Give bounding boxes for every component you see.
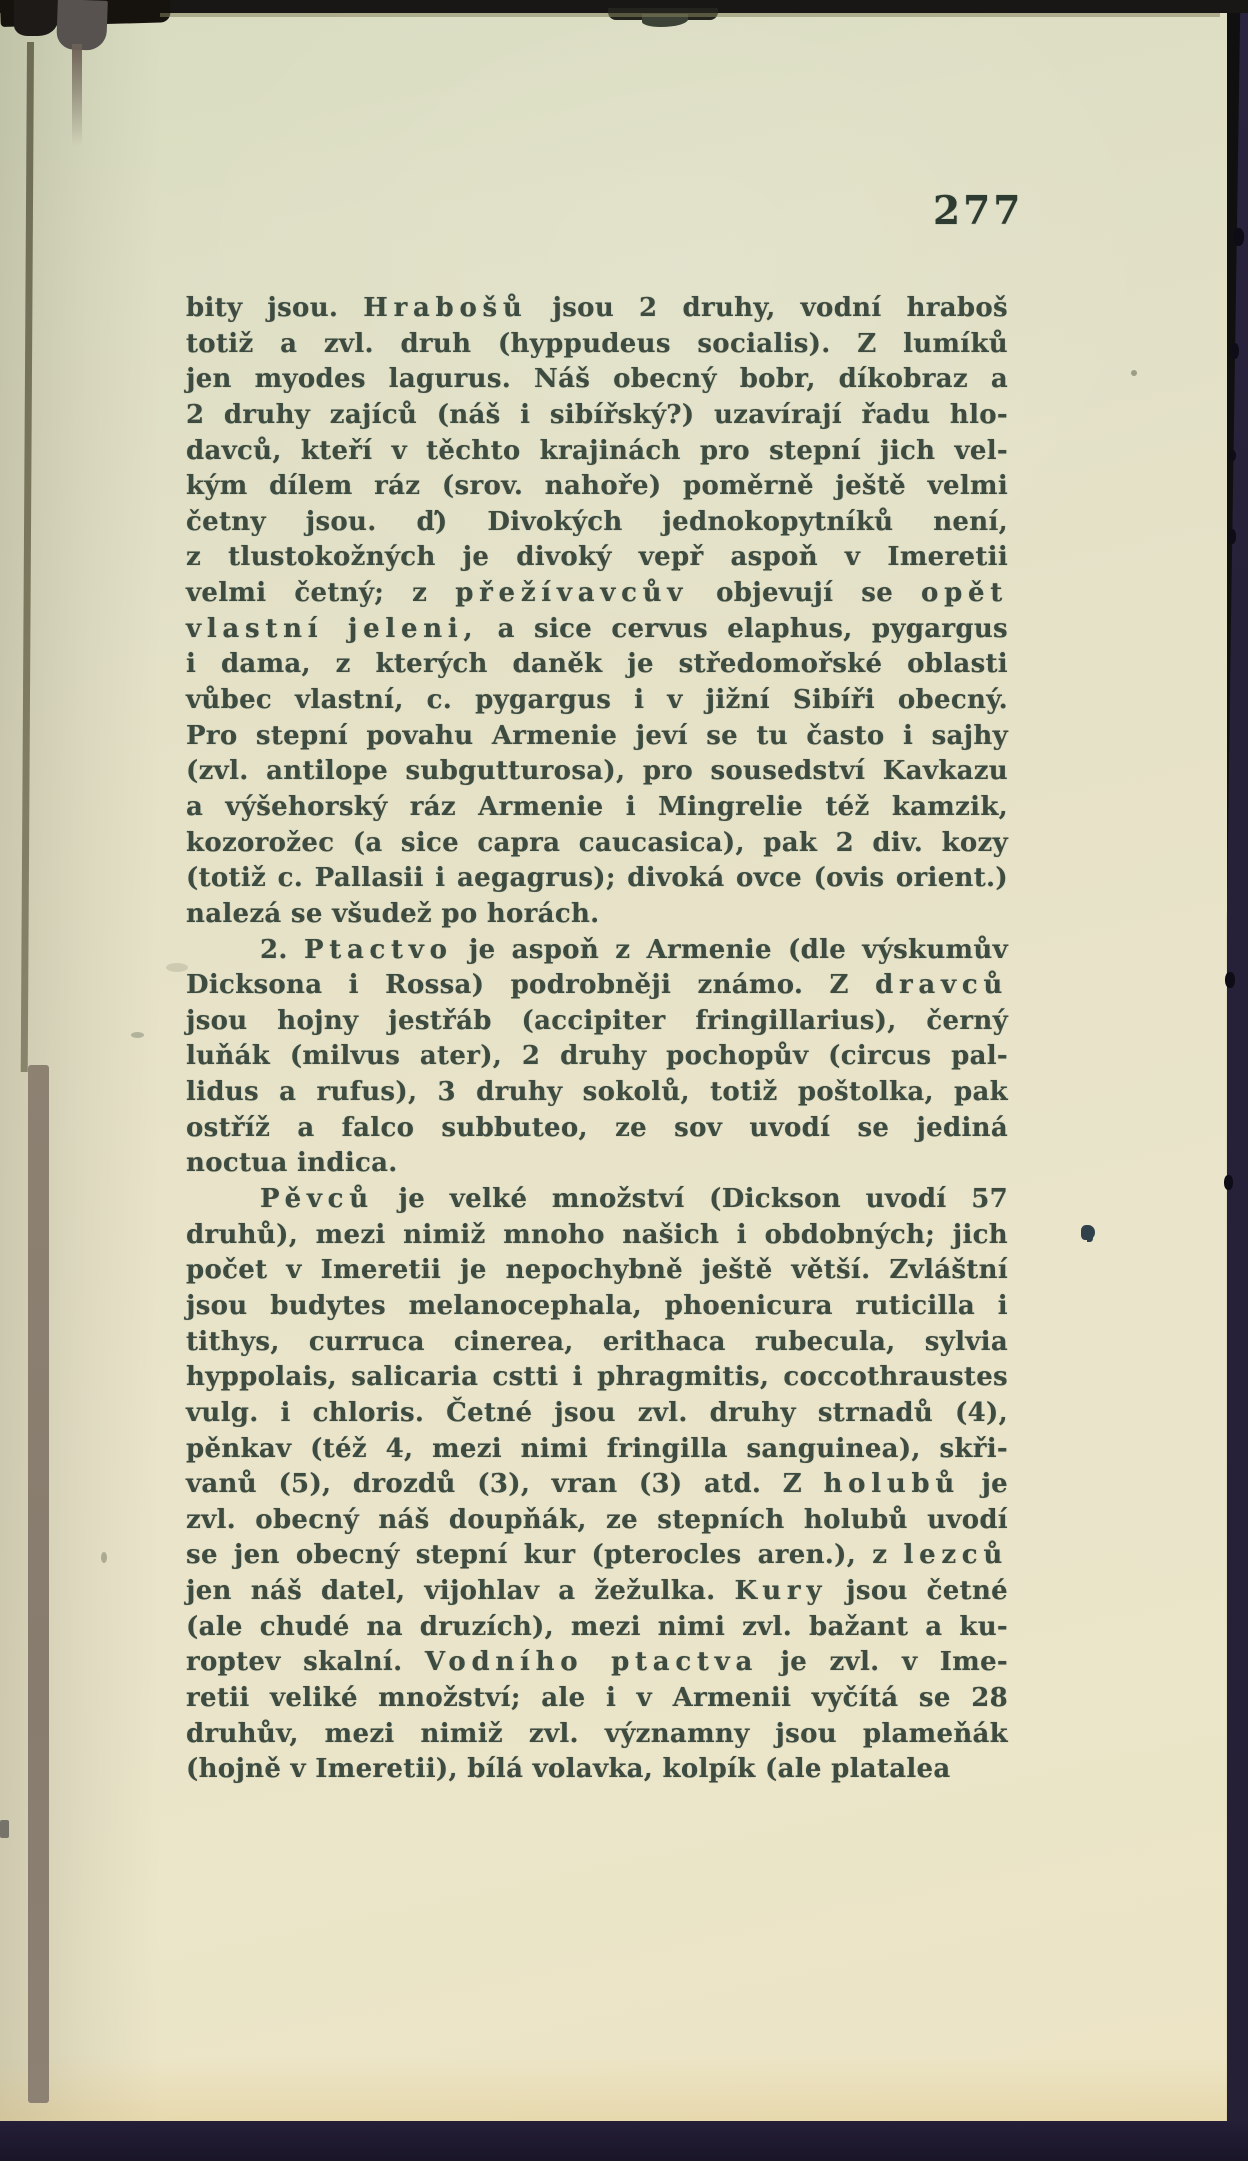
text-line: jen myodes lagurus. Náš obecný bobr, dík…: [186, 362, 1008, 398]
text-segment: (zvl. antilope subgutturosa), pro soused…: [186, 756, 1008, 786]
text-segment: 2 druhy zajíců (náš i sibířský?) uzavíra…: [186, 400, 1008, 430]
emphasized-text: Ptactvo: [304, 935, 453, 965]
text-line: z tlustokožných je divoký vepř aspoň v I…: [186, 540, 1008, 576]
text-line: lidus a rufus), 3 druhy sokolů, totiž po…: [186, 1075, 1008, 1111]
emphasized-text: Pěvců: [260, 1184, 374, 1214]
text-line: tithys, curruca cinerea, erithaca rubecu…: [186, 1325, 1008, 1361]
text-segment: jen myodes lagurus. Náš obecný bobr, dík…: [186, 364, 1008, 394]
text-line: 2 druhy zajíců (náš i sibířský?) uzavíra…: [186, 398, 1008, 434]
text-segment: a výšehorský ráz Armenie i Mingrelie též…: [186, 792, 1008, 822]
text-line: nalezá se všudež po horách.: [186, 897, 1008, 933]
text-segment: druhů), mezi nimiž mnoho našich i obdobn…: [186, 1220, 1008, 1250]
text-segment: bity jsou.: [186, 293, 363, 323]
emphasized-text: dravců: [875, 970, 1008, 1000]
text-line: zvl. obecný náš doupňák, ze stepních hol…: [186, 1503, 1008, 1539]
gutter-bar: [28, 1065, 49, 2103]
text-segment: roptev skalní.: [186, 1647, 425, 1677]
emphasized-text: holubů: [824, 1469, 960, 1499]
text-segment: jsou budytes melanocephala, phoenicura r…: [186, 1291, 1008, 1321]
text-line: (hojně v Imeretii), bílá volavka, kolpík…: [186, 1752, 1008, 1788]
paper-speck: [101, 1552, 107, 1563]
text-segment: lidus a rufus), 3 druhy sokolů, totiž po…: [186, 1077, 1008, 1107]
text-segment: z tlustokožných je divoký vepř aspoň v I…: [186, 542, 1008, 572]
text-segment: Dicksona i Rossa) podrobněji známo. Z: [186, 970, 875, 1000]
text-segment: davců, kteří v těchto krajinách pro step…: [186, 436, 1008, 466]
text-segment: tithys, curruca cinerea, erithaca rubecu…: [186, 1327, 1008, 1357]
text-line: kým dílem ráz (srov. nahoře) poměrně ješ…: [186, 469, 1008, 505]
text-line: luňák (milvus ater), 2 druhy pochopův (c…: [186, 1039, 1008, 1075]
page-top-edge-line: [160, 13, 1220, 17]
text-segment: noctua indica.: [186, 1148, 398, 1178]
text-segment: totiž a zvl. druh (hyppudeus socialis). …: [186, 329, 1008, 359]
text-line: vanů (5), drozdů (3), vran (3) atd. Z ho…: [186, 1467, 1008, 1503]
body-text: bity jsou. Hrabošů jsou 2 druhy, vodní h…: [186, 291, 1008, 1788]
text-segment: druhův, mezi nimiž zvl. významny jsou pl…: [186, 1719, 1008, 1749]
emphasized-text: Vodního ptactva: [425, 1647, 758, 1677]
text-line: Pro stepní povahu Armenie jeví se tu čas…: [186, 719, 1008, 755]
text-line: Dicksona i Rossa) podrobněji známo. Z dr…: [186, 968, 1008, 1004]
text-segment: (hojně v Imeretii), bílá volavka, kolpík…: [186, 1754, 951, 1784]
text-line: (totiž c. Pallasii i aegagrus); divoká o…: [186, 861, 1008, 897]
text-segment: vulg. i chloris. Četné jsou zvl. druhy s…: [186, 1398, 1008, 1428]
bottom-page-edge-glow: [0, 2056, 1227, 2121]
emphasized-text: přežívavcův: [455, 578, 688, 608]
text-segment: i dama, z kterých daněk je středomořské …: [186, 649, 1008, 679]
text-line: totiž a zvl. druh (hyppudeus socialis). …: [186, 327, 1008, 363]
corner-clip-tail: [72, 44, 82, 146]
emphasized-text: opět: [921, 578, 1008, 608]
text-segment: se jen obecný stepní kur (pterocles aren…: [186, 1540, 903, 1570]
text-line: druhův, mezi nimiž zvl. významny jsou pl…: [186, 1717, 1008, 1753]
text-line: velmi četný; z přežívavcův objevují se o…: [186, 576, 1008, 612]
text-line: bity jsou. Hrabošů jsou 2 druhy, vodní h…: [186, 291, 1008, 327]
edge-blob: [1230, 343, 1239, 359]
left-page-edge: [0, 13, 13, 2123]
text-segment: luňák (milvus ater), 2 druhy pochopův (c…: [186, 1041, 1008, 1071]
text-line: vůbec vlastní, c. pygargus i v jižní Sib…: [186, 683, 1008, 719]
text-line: vlastní jeleni, a sice cervus elaphus, p…: [186, 612, 1008, 648]
text-line: roptev skalní. Vodního ptactva je zvl. v…: [186, 1645, 1008, 1681]
text-line: počet v Imeretii je nepochybně ještě vět…: [186, 1253, 1008, 1289]
text-segment: kozorožec (a sice capra caucasica), pak …: [186, 828, 1008, 858]
text-line: Pěvců je velké množství (Dickson uvodí 5…: [186, 1182, 1008, 1218]
emphasized-text: vlastní jeleni,: [186, 614, 478, 644]
text-segment: Pro stepní povahu Armenie jeví se tu čas…: [186, 721, 1008, 751]
text-segment: (ale chudé na druzích), mezi nimi zvl. b…: [186, 1612, 1008, 1642]
text-segment: velmi četný; z: [186, 578, 455, 608]
text-line: se jen obecný stepní kur (pterocles aren…: [186, 1538, 1008, 1574]
text-line: ostříž a falco subbuteo, ze sov uvodí se…: [186, 1111, 1008, 1147]
edge-blob: [1233, 228, 1244, 246]
text-segment: 2.: [260, 935, 304, 965]
text-segment: jsou hojny jestřáb (accipiter fringillar…: [186, 1006, 1008, 1036]
text-line: pěnkav (též 4, mezi nimi fringilla sangu…: [186, 1432, 1008, 1468]
text-line: vulg. i chloris. Četné jsou zvl. druhy s…: [186, 1396, 1008, 1432]
text-line: kozorožec (a sice capra caucasica), pak …: [186, 826, 1008, 862]
text-line: hyppolais, salicaria cstti i phragmitis,…: [186, 1360, 1008, 1396]
text-line: 2. Ptactvo je aspoň z Armenie (dle výsku…: [186, 933, 1008, 969]
text-segment: (totiž c. Pallasii i aegagrus); divoká o…: [186, 863, 1008, 893]
edge-dash: [0, 1820, 9, 1838]
text-segment: vůbec vlastní, c. pygargus i v jižní Sib…: [186, 685, 1008, 715]
paper-speck: [131, 1032, 144, 1038]
text-segment: objevují se: [688, 578, 921, 608]
text-segment: počet v Imeretii je nepochybně ještě vět…: [186, 1255, 1008, 1285]
text-segment: četny jsou. ď) Divokých jednokopytníků n…: [186, 507, 1008, 537]
text-line: jsou hojny jestřáb (accipiter fringillar…: [186, 1004, 1008, 1040]
emphasized-text: Kury: [735, 1576, 828, 1606]
ink-blot: [1081, 1225, 1095, 1240]
text-segment: kým dílem ráz (srov. nahoře) poměrně ješ…: [186, 471, 1008, 501]
text-segment: je zvl. v Ime-: [758, 1647, 1008, 1677]
edge-blob: [1224, 1175, 1233, 1190]
text-line: (ale chudé na druzích), mezi nimi zvl. b…: [186, 1610, 1008, 1646]
text-line: druhů), mezi nimiž mnoho našich i obdobn…: [186, 1218, 1008, 1254]
text-segment: jen náš datel, vijohlav a žežulka.: [186, 1576, 735, 1606]
text-segment: retii veliké množství; ale i v Armenii v…: [186, 1683, 1008, 1713]
emphasized-text: Hrabošů: [363, 293, 527, 323]
text-segment: nalezá se všudež po horách.: [186, 899, 600, 929]
text-line: i dama, z kterých daněk je středomořské …: [186, 647, 1008, 683]
text-segment: je aspoň z Armenie (dle výskumův: [453, 935, 1008, 965]
text-line: jsou budytes melanocephala, phoenicura r…: [186, 1289, 1008, 1325]
scan-bottom-edge: [0, 2121, 1248, 2161]
edge-blob: [1229, 450, 1236, 461]
text-segment: pěnkav (též 4, mezi nimi fringilla sangu…: [186, 1434, 1008, 1464]
scanned-book-page: 277 bity jsou. Hrabošů jsou 2 druhy, vod…: [0, 0, 1248, 2161]
text-segment: vanů (5), drozdů (3), vran (3) atd. Z: [186, 1469, 824, 1499]
text-line: retii veliké množství; ale i v Armenii v…: [186, 1681, 1008, 1717]
corner-clip: [56, 0, 108, 51]
text-segment: ostříž a falco subbuteo, ze sov uvodí se…: [186, 1113, 1008, 1143]
text-segment: zvl. obecný náš doupňák, ze stepních hol…: [186, 1505, 1008, 1535]
text-line: noctua indica.: [186, 1146, 1008, 1182]
text-line: (zvl. antilope subgutturosa), pro soused…: [186, 754, 1008, 790]
paper-speck: [1131, 370, 1137, 376]
text-segment: hyppolais, salicaria cstti i phragmitis,…: [186, 1362, 1008, 1392]
text-segment: je: [960, 1469, 1008, 1499]
page-number: 277: [933, 188, 1011, 234]
edge-blob: [1228, 529, 1236, 544]
text-segment: jsou 2 druhy, vodní hraboš: [528, 293, 1009, 323]
corner-shadow: [14, 0, 58, 36]
emphasized-text: lezců: [903, 1540, 1008, 1570]
edge-blob: [1225, 972, 1235, 988]
text-line: davců, kteří v těchto krajinách pro step…: [186, 434, 1008, 470]
text-segment: a sice cervus elaphus, pygargus: [478, 614, 1008, 644]
text-line: jen náš datel, vijohlav a žežulka. Kury …: [186, 1574, 1008, 1610]
text-line: a výšehorský ráz Armenie i Mingrelie též…: [186, 790, 1008, 826]
paper-speck: [166, 963, 188, 972]
text-segment: je velké množství (Dickson uvodí 57: [374, 1184, 1008, 1214]
text-segment: jsou četné: [827, 1576, 1008, 1606]
text-line: četny jsou. ď) Divokých jednokopytníků n…: [186, 505, 1008, 541]
